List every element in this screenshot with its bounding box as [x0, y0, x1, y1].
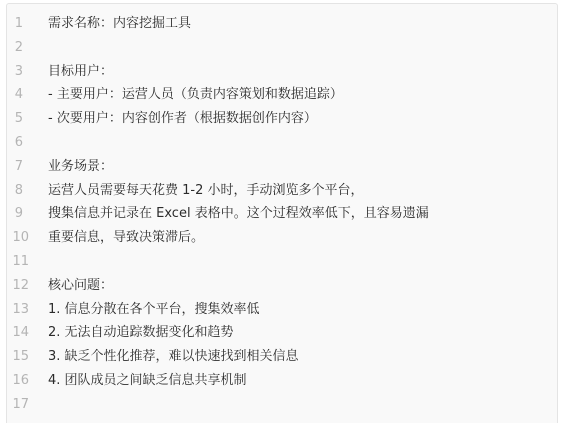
line-text: 1. 信息分散在各个平台，搜集效率低 [48, 298, 260, 322]
line-number: 14 [7, 321, 29, 345]
code-line: 6 [7, 131, 557, 155]
line-number: 2 [7, 36, 23, 60]
line-number: 6 [7, 131, 23, 155]
line-number: 3 [7, 60, 23, 84]
code-line: 17 [7, 393, 557, 413]
code-line: 2 [7, 36, 557, 60]
line-text: 运营人员需要每天花费 1-2 小时，手动浏览多个平台， [48, 179, 364, 203]
code-line: 13 1. 信息分散在各个平台，搜集效率低 [7, 298, 557, 322]
line-text: 搜集信息并记录在 Excel 表格中。这个过程效率低下，且容易遗漏 [48, 202, 429, 226]
line-text: 2. 无法自动追踪数据变化和趋势 [48, 321, 234, 345]
code-line: 4 - 主要用户：运营人员（负责内容策划和数据追踪） [7, 83, 557, 107]
line-number: 8 [7, 179, 23, 203]
code-line: 15 3. 缺乏个性化推荐，难以快速找到相关信息 [7, 345, 557, 369]
line-number: 15 [7, 345, 29, 369]
line-text: 重要信息，导致决策滞后。 [48, 226, 204, 250]
line-number: 9 [7, 202, 23, 226]
code-line: 9 搜集信息并记录在 Excel 表格中。这个过程效率低下，且容易遗漏 [7, 202, 557, 226]
line-number: 17 [7, 393, 29, 413]
line-number: 7 [7, 155, 23, 179]
line-text: 4. 团队成员之间缺乏信息共享机制 [48, 369, 247, 393]
line-text: 业务场景： [48, 155, 113, 179]
line-text: - 主要用户：运营人员（负责内容策划和数据追踪） [48, 83, 343, 107]
code-line: 8 运营人员需要每天花费 1-2 小时，手动浏览多个平台， [7, 179, 557, 203]
line-text: 3. 缺乏个性化推荐，难以快速找到相关信息 [48, 345, 299, 369]
line-number: 11 [7, 250, 29, 274]
line-number: 12 [7, 274, 29, 298]
code-line: 3 目标用户： [7, 60, 557, 84]
code-line: 12 核心问题： [7, 274, 557, 298]
code-line: 14 2. 无法自动追踪数据变化和趋势 [7, 321, 557, 345]
line-number: 4 [7, 83, 23, 107]
code-line: 11 [7, 250, 557, 274]
code-line: 7 业务场景： [7, 155, 557, 179]
line-text: 核心问题： [48, 274, 113, 298]
code-line: 5 - 次要用户：内容创作者（根据数据创作内容） [7, 107, 557, 131]
line-text: - 次要用户：内容创作者（根据数据创作内容） [48, 107, 317, 131]
code-line: 10 重要信息，导致决策滞后。 [7, 226, 557, 250]
code-block[interactable]: 1 需求名称：内容挖掘工具 2 3 目标用户： 4 - 主要用户：运营人员（负责… [6, 3, 558, 413]
line-number: 10 [7, 226, 29, 250]
line-text: 需求名称：内容挖掘工具 [48, 12, 191, 36]
line-number: 13 [7, 298, 29, 322]
code-lines: 1 需求名称：内容挖掘工具 2 3 目标用户： 4 - 主要用户：运营人员（负责… [7, 12, 557, 413]
line-number: 5 [7, 107, 23, 131]
line-number: 1 [7, 12, 23, 36]
code-line: 1 需求名称：内容挖掘工具 [7, 12, 557, 36]
line-text: 目标用户： [48, 60, 113, 84]
line-number: 16 [7, 369, 29, 393]
code-line: 16 4. 团队成员之间缺乏信息共享机制 [7, 369, 557, 393]
